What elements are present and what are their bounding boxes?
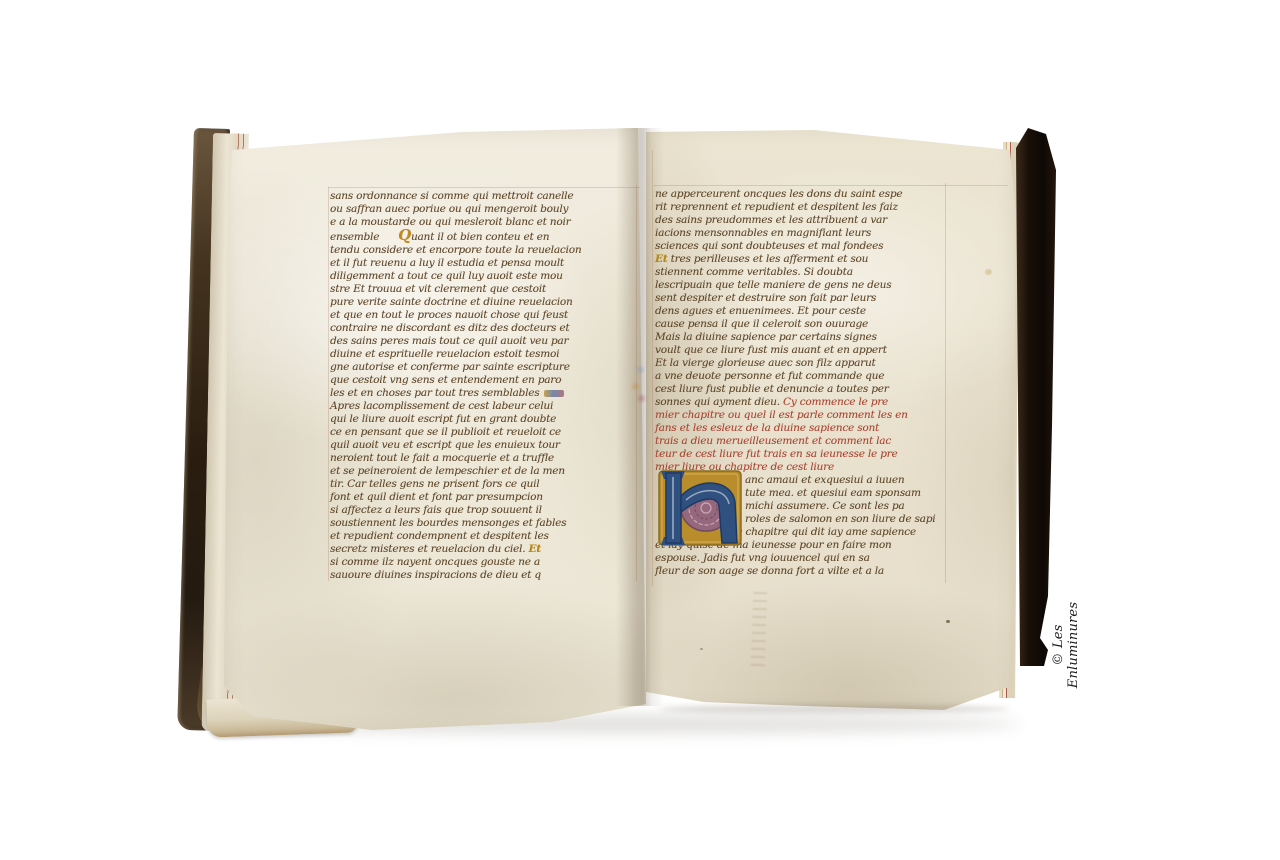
left-text-block: sans ordonnance si comme qui mettroit ca… xyxy=(330,190,636,584)
manuscript-line: et que en tout le proces nauoit chose qu… xyxy=(330,309,636,322)
text-segment: uant il ot bien conteu et en xyxy=(411,231,549,243)
text-segment: et il fut reuenu a luy il estudia et pen… xyxy=(330,257,564,269)
manuscript-line: trais a dieu merueilleusement et comment… xyxy=(655,435,951,448)
text-segment: pure verite sainte doctrine et diuine re… xyxy=(330,296,573,308)
manuscript-line: tendu considere et encorpore toute la re… xyxy=(330,244,636,257)
text-segment: anc amaui et exquesiui a iuuen xyxy=(745,474,904,486)
text-segment: Apres lacomplissement de cest labeur cel… xyxy=(330,400,553,412)
text-segment: sent despiter et destruire son fait par … xyxy=(655,292,876,304)
manuscript-line: Mais la diuine sapience par certains sig… xyxy=(655,331,951,344)
manuscript-line: Et tres perilleuses et les afferment et … xyxy=(655,253,951,266)
manuscript-line: cest liure fust publie et denuncie a tou… xyxy=(655,383,951,396)
manuscript-line: cause pensa il que il celeroit son ouura… xyxy=(655,318,951,331)
bleed-through-marks xyxy=(751,586,768,670)
manuscript-line: si comme ilz nayent oncques gouste ne a xyxy=(330,556,636,569)
manuscript-line: teur de cest liure fut trais en sa ieune… xyxy=(655,448,951,461)
text-segment: ensemble xyxy=(330,231,398,243)
manuscript-line: et il fut reuenu a luy il estudia et pen… xyxy=(330,257,636,270)
text-segment: des sains preudommes et les attribuent a… xyxy=(655,214,887,226)
manuscript-line: fleur de son aage se donna fort a vilte … xyxy=(655,565,951,578)
manuscript-line: sciences qui sont doubteuses et mal fond… xyxy=(655,240,951,253)
text-segment: quil auoit veu et escript que les enuieu… xyxy=(330,439,560,451)
manuscript-line: a vne deuote personne et fut commande qu… xyxy=(655,370,951,383)
manuscript-line: ce en pensant que se il publioit et reue… xyxy=(330,426,636,439)
ruled-line xyxy=(652,150,653,586)
manuscript-line: et se peineroient de lempeschier et de l… xyxy=(330,465,636,478)
manuscript-line: Apres lacomplissement de cest labeur cel… xyxy=(330,400,636,413)
manuscript-line: tir. Car telles gens ne prisent fors ce … xyxy=(330,478,636,491)
text-segment: sauoure diuines inspiracions de dieu et … xyxy=(330,569,541,581)
text-segment: espouse. Jadis fut vng iouuencel qui en … xyxy=(655,552,870,564)
text-segment: tute mea. et quesiui eam sponsam xyxy=(745,487,921,499)
manuscript-line: sans ordonnance si comme qui mettroit ca… xyxy=(330,190,636,203)
text-segment: secretz misteres et reuelacion du ciel. xyxy=(330,543,528,555)
initial-letter-H xyxy=(658,470,742,546)
manuscript-line: voult que ce liure fust mis auant et en … xyxy=(655,344,951,357)
text-segment: qui le liure auoit escript fut en grant … xyxy=(330,413,556,425)
manuscript-line: sent despiter et destruire son fait par … xyxy=(655,292,951,305)
manuscript-line: stre Et trouua et vit clerement que cest… xyxy=(330,283,636,296)
manuscript-line: ne apperceurent oncques les dons du sain… xyxy=(655,188,951,201)
text-segment: a vne deuote personne et fut commande qu… xyxy=(655,370,884,382)
text-segment: Et xyxy=(528,543,540,555)
text-segment: tres perilleuses et les afferment et sou xyxy=(667,253,868,265)
marginal-pigment-smudge xyxy=(626,360,650,408)
manuscript-line: e a la moustarde ou qui mesleroit blanc … xyxy=(330,216,636,229)
manuscript-photo: sans ordonnance si comme qui mettroit ca… xyxy=(0,0,1280,860)
text-segment: roles de salomon en son liure de sapi xyxy=(745,513,935,525)
credit-text: © Les Enluminures xyxy=(1051,589,1067,701)
text-segment: iacions mensonnables en magnifiant leurs xyxy=(655,227,871,239)
text-segment: des sains peres mais tout ce quil auoit … xyxy=(330,335,568,347)
text-segment: tir. Car telles gens ne prisent fors ce … xyxy=(330,478,539,490)
manuscript-line: Et la vierge glorieuse auec son filz app… xyxy=(655,357,951,370)
text-segment: cause pensa il que il celeroit son ouura… xyxy=(655,318,868,330)
text-segment: voult que ce liure fust mis auant et en … xyxy=(655,344,887,356)
text-segment: Q xyxy=(398,226,411,244)
manuscript-line: secretz misteres et reuelacion du ciel. … xyxy=(330,543,636,556)
manuscript-line: quil auoit veu et escript que les enuieu… xyxy=(330,439,636,452)
manuscript-line: ou saffran auec poriue ou qui mengeroit … xyxy=(330,203,636,216)
manuscript-line: et repudient condempnent et despitent le… xyxy=(330,530,636,543)
text-segment: trais a dieu merueilleusement et comment… xyxy=(655,435,891,447)
text-segment: lescripuain que telle maniere de gens ne… xyxy=(655,279,891,291)
text-segment: mier chapitre ou quel il est parle comme… xyxy=(655,409,908,421)
text-segment: Et la vierge glorieuse auec son filz app… xyxy=(655,357,876,369)
text-segment: Et xyxy=(655,253,667,265)
text-segment: gne autorise et conferme par sainte escr… xyxy=(330,361,570,373)
manuscript-line: des sains preudommes et les attribuent a… xyxy=(655,214,951,227)
manuscript-line: lescripuain que telle maniere de gens ne… xyxy=(655,279,951,292)
text-segment: fleur de son aage se donna fort a vilte … xyxy=(655,565,884,577)
manuscript-line: diuine et esprituelle reuelacion estoit … xyxy=(330,348,636,361)
right-page-bottom-shadow xyxy=(660,705,1010,713)
ruled-line xyxy=(654,185,1008,186)
text-segment: fans et les esleuz de la diuine sapience… xyxy=(655,422,879,434)
text-segment xyxy=(544,390,564,397)
text-segment: et repudient condempnent et despitent le… xyxy=(330,530,549,542)
manuscript-line: gne autorise et conferme par sainte escr… xyxy=(330,361,636,374)
manuscript-line: que cestoit vng sens et entendement en p… xyxy=(330,374,636,387)
ruled-line xyxy=(328,187,329,581)
text-segment: que cestoit vng sens et entendement en p… xyxy=(330,374,561,386)
text-segment: sciences qui sont doubteuses et mal fond… xyxy=(655,240,883,252)
manuscript-line: fans et les esleuz de la diuine sapience… xyxy=(655,422,951,435)
manuscript-line: neroient tout le fait a mocquerie et a t… xyxy=(330,452,636,465)
ink-speck xyxy=(700,648,703,650)
ink-speck xyxy=(946,620,950,623)
manuscript-line: font et quil dient et font par presumpci… xyxy=(330,491,636,504)
text-segment: font et quil dient et font par presumpci… xyxy=(330,491,543,503)
text-segment: sonnes qui ayment dieu. xyxy=(655,396,783,408)
manuscript-line: contraire ne discordant es ditz des doct… xyxy=(330,322,636,335)
text-segment: neroient tout le fait a mocquerie et a t… xyxy=(330,452,554,464)
manuscript-line: pure verite sainte doctrine et diuine re… xyxy=(330,296,636,309)
text-segment: soustiennent les bourdes mensonges et fa… xyxy=(330,517,566,529)
text-segment: diligemment a tout ce quil luy auoit est… xyxy=(330,270,563,282)
manuscript-line: des sains peres mais tout ce quil auoit … xyxy=(330,335,636,348)
text-segment: et se peineroient de lempeschier et de l… xyxy=(330,465,565,477)
text-segment: stiennent comme veritables. Si doubta xyxy=(655,266,853,278)
manuscript-line: mier chapitre ou quel il est parle comme… xyxy=(655,409,951,422)
text-segment: michi assumere. Ce sont les pa xyxy=(745,500,904,512)
text-segment: stre Et trouua et vit clerement que cest… xyxy=(330,283,546,295)
text-segment: e a la moustarde ou qui mesleroit blanc … xyxy=(330,216,570,228)
text-segment: si comme ilz nayent oncques gouste ne a xyxy=(330,556,540,568)
text-segment: sans ordonnance si comme qui mettroit ca… xyxy=(330,190,573,202)
text-segment: contraire ne discordant es ditz des doct… xyxy=(330,322,569,334)
parchment-stain xyxy=(985,269,992,275)
text-segment: Cy commence le pre xyxy=(783,396,888,408)
text-segment: ou saffran auec poriue ou qui mengeroit … xyxy=(330,203,568,215)
manuscript-line: les et en choses par tout tres semblable… xyxy=(330,387,636,400)
text-segment: cest liure fust publie et denuncie a tou… xyxy=(655,383,889,395)
text-segment: Mais la diuine sapience par certains sig… xyxy=(655,331,877,343)
manuscript-line: diligemment a tout ce quil luy auoit est… xyxy=(330,270,636,283)
text-segment: ne apperceurent oncques les dons du sain… xyxy=(655,188,902,200)
manuscript-line: sonnes qui ayment dieu. Cy commence le p… xyxy=(655,396,951,409)
text-segment: dens agues et enuenimees. Et pour ceste xyxy=(655,305,866,317)
manuscript-line: rit reprennent et repudient et despitent… xyxy=(655,201,951,214)
manuscript-line: iacions mensonnables en magnifiant leurs xyxy=(655,227,951,240)
text-segment: ce en pensant que se il publioit et reue… xyxy=(330,426,561,438)
manuscript-line: sauoure diuines inspiracions de dieu et … xyxy=(330,569,636,582)
manuscript-line: si affectez a leurs fais que trop souuen… xyxy=(330,504,636,517)
manuscript-line: qui le liure auoit escript fut en grant … xyxy=(330,413,636,426)
text-segment: diuine et esprituelle reuelacion estoit … xyxy=(330,348,559,360)
manuscript-line: ensemble Quant il ot bien conteu et en xyxy=(330,229,636,244)
illuminated-initial xyxy=(658,470,742,546)
manuscript-line: dens agues et enuenimees. Et pour ceste xyxy=(655,305,951,318)
text-segment: teur de cest liure fut trais en sa ieune… xyxy=(655,448,898,460)
text-segment: tendu considere et encorpore toute la re… xyxy=(330,244,581,256)
text-segment: les et en choses par tout tres semblable… xyxy=(330,387,539,399)
text-segment: et que en tout le proces nauoit chose qu… xyxy=(330,309,568,321)
ruled-line xyxy=(328,187,640,188)
manuscript-line: espouse. Jadis fut vng iouuencel qui en … xyxy=(655,552,951,565)
manuscript-line: stiennent comme veritables. Si doubta xyxy=(655,266,951,279)
text-segment: rit reprennent et repudient et despitent… xyxy=(655,201,898,213)
text-segment: si affectez a leurs fais que trop souuen… xyxy=(330,504,542,516)
manuscript-line: soustiennent les bourdes mensonges et fa… xyxy=(330,517,636,530)
